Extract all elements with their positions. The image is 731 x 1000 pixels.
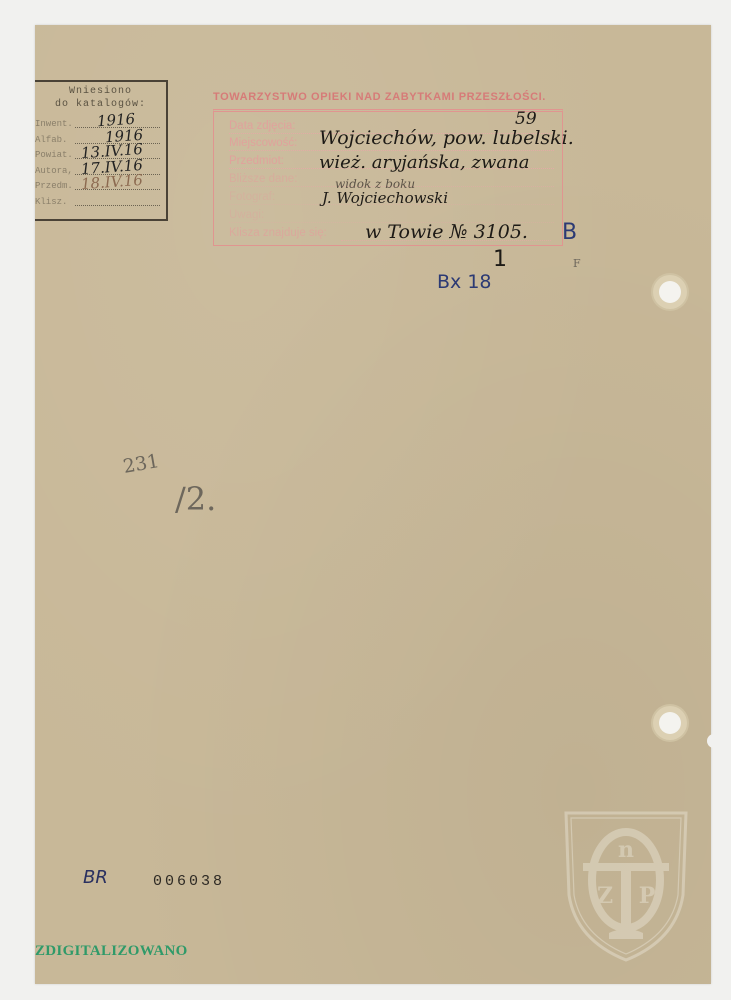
stamp-suffix-mark: B — [562, 220, 577, 245]
stamp-field-label: Bliższe dane: — [229, 173, 297, 185]
pencil-fraction: /2. — [175, 480, 216, 518]
digitized-stamp: ZDIGITALIZOWANO — [35, 943, 188, 960]
punch-hole — [659, 712, 681, 734]
stamp-field-label: Przedmiot: — [229, 155, 284, 167]
catalog-entry-box: Wniesiono do katalogów: Inwent. 1916 Alf… — [35, 80, 168, 221]
svg-text:P: P — [639, 883, 656, 909]
stamp-field-label: Miejscowość: — [229, 137, 297, 149]
stamp-field-label: Data zdjęcia: — [229, 120, 295, 132]
stamp-field-label: Uwagi: — [229, 209, 264, 221]
stamp-field-place: Miejscowość: — [229, 137, 297, 152]
stamp-title: TOWARZYSTWO OPIEKI NAD ZABYTKAMI PRZESZŁ… — [213, 91, 546, 103]
stamp-field-label: Klisza znajduje się: — [229, 227, 327, 239]
dotted-line — [229, 150, 554, 151]
svg-text:Z: Z — [597, 883, 613, 909]
handwritten-place: Wojciechów, pow. lubelski. — [319, 127, 574, 149]
dotted-line — [75, 205, 160, 206]
catalog-row-klisz: Klisz. — [35, 193, 166, 209]
catalog-card: Wniesiono do katalogów: Inwent. 1916 Alf… — [35, 25, 711, 984]
stamp-field-object: Przedmiot: — [229, 155, 284, 170]
stamp-field-label: Fotograf: — [229, 191, 275, 203]
letter-f-mark: F — [573, 257, 581, 270]
catalog-row-inwent: Inwent. 1916 — [35, 115, 166, 131]
stamp-field-details: Bliższe dane: — [229, 173, 297, 188]
serial-number: 006038 — [153, 873, 225, 890]
punch-hole — [659, 281, 681, 303]
catalog-row-value: 18.IV.16 — [81, 173, 144, 192]
catalog-heading-1: Wniesiono — [35, 85, 166, 98]
box-reference: Bx 18 — [437, 271, 492, 293]
stamp-field-date: Data zdjęcia: — [229, 120, 295, 135]
stamp-field-photographer: Fotograf: — [229, 191, 275, 206]
pencil-number: 231 — [121, 450, 161, 478]
stamp-field-plate-location: Klisza znajduje się: — [229, 227, 327, 242]
edge-notch — [707, 734, 715, 748]
handwritten-plate-location: w Towie № 3105. — [365, 221, 528, 243]
handwritten-object: wież. aryjańska, zwana — [319, 152, 529, 173]
catalog-heading-2: do katalogów: — [35, 98, 166, 111]
svg-text:n: n — [618, 837, 634, 863]
handwritten-photographer: J. Wojciechowski — [322, 189, 448, 207]
number-one-mark: 1 — [493, 247, 507, 272]
catalog-row-label: Klisz. — [35, 195, 67, 210]
br-mark: BR — [83, 867, 108, 888]
handwritten-date: 59 — [515, 109, 537, 129]
tonzp-logo-watermark-icon: n Z P — [561, 805, 691, 965]
stamp-field-notes: Uwagi: — [229, 209, 264, 224]
catalog-row-przedm: Przedm. 18.IV.16 — [35, 177, 166, 193]
